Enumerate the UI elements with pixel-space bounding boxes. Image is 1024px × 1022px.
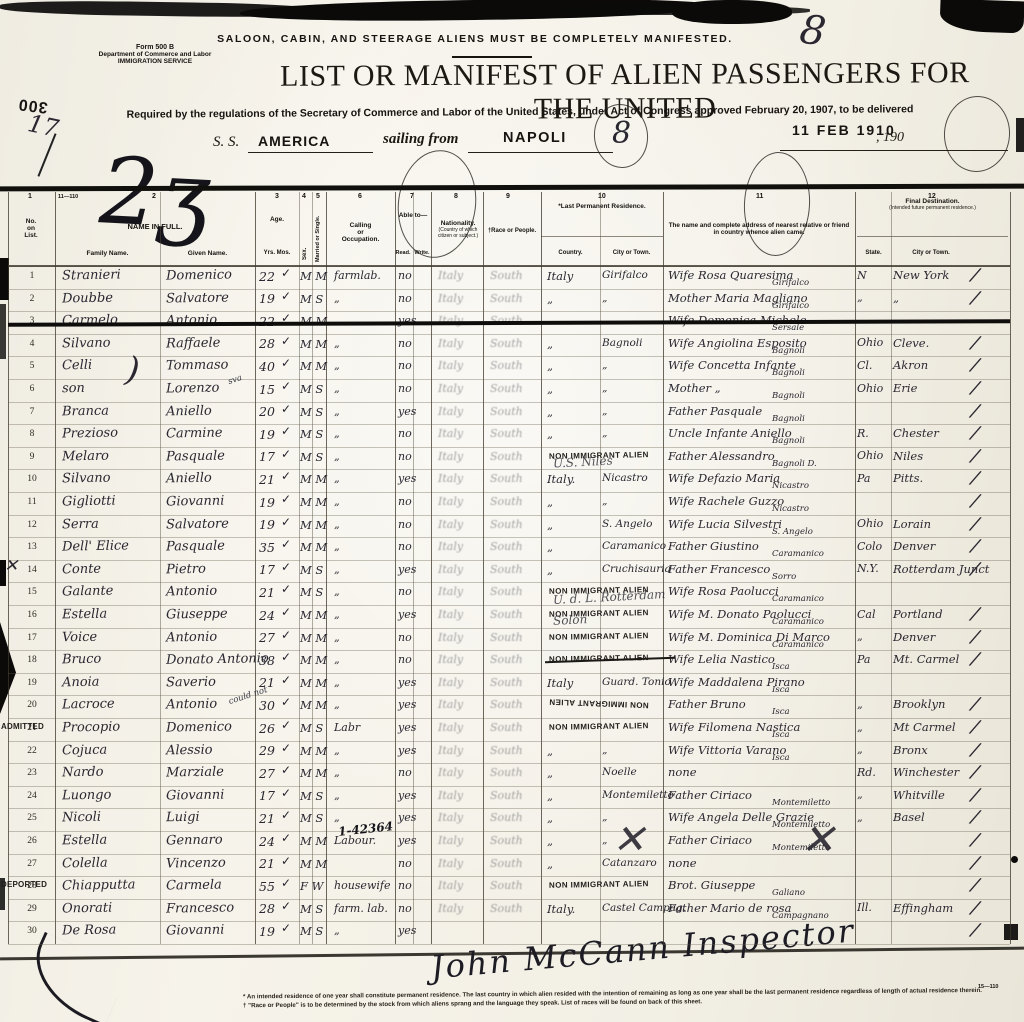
cell-residence-country: „ bbox=[547, 766, 553, 780]
cell-sex-marital: M M bbox=[300, 269, 327, 283]
cell-destination-state: „ bbox=[857, 811, 863, 824]
cell-destination-state: Ohio bbox=[857, 517, 883, 530]
cell-row-number: 19 bbox=[14, 678, 50, 688]
cell-able-to-read: no bbox=[398, 902, 412, 915]
cell-relative-town: Caramanico bbox=[772, 549, 824, 559]
cell-residence-country: Italy. bbox=[547, 472, 575, 486]
cell-occupation: „ bbox=[334, 382, 340, 395]
cell-age-check: ✓ bbox=[281, 379, 291, 393]
cell-sex-marital: M S bbox=[300, 563, 323, 577]
cell-race: South bbox=[490, 382, 523, 395]
cell-sex-marital: M S bbox=[300, 789, 323, 803]
cell-able-to-read: no bbox=[398, 292, 412, 305]
cell-row-number: 5 bbox=[14, 361, 50, 371]
destination-x-mark: ✕ bbox=[800, 815, 835, 864]
cell-race: South bbox=[490, 744, 523, 757]
cell-occupation: „ bbox=[334, 405, 340, 418]
grid-vline bbox=[1010, 192, 1011, 944]
cell-residence-country: Italy bbox=[547, 269, 573, 283]
cell-destination-city: New York bbox=[893, 268, 949, 282]
cell-destination-state: N bbox=[857, 269, 867, 282]
cell-family-name: Lacroce bbox=[62, 697, 115, 713]
cell-residence-country: Italy. bbox=[547, 902, 575, 916]
col-hdr-sex: Sex. bbox=[302, 224, 308, 260]
cell-family-name: Gigliotti bbox=[62, 494, 116, 510]
cell-family-name: Conte bbox=[62, 561, 101, 577]
cell-residence-city: „ bbox=[602, 427, 607, 439]
cell-race: South bbox=[490, 721, 523, 734]
cell-sex-marital: M S bbox=[300, 585, 323, 599]
cell-residence-country: „ bbox=[547, 563, 553, 577]
inspector-signature: John McCann Inspector bbox=[429, 912, 856, 987]
cell-relative: Father Francesco bbox=[668, 562, 770, 576]
edge-square-right bbox=[1004, 924, 1018, 940]
grid-hline bbox=[8, 379, 1010, 380]
cell-nationality: Italy bbox=[438, 382, 463, 395]
cell-residence-city: Guard. Tonio bbox=[602, 676, 671, 688]
cell-destination-city: Basel bbox=[893, 810, 925, 824]
col-number: 1 bbox=[28, 193, 32, 200]
cell-destination-state: Ohio bbox=[857, 449, 883, 462]
col-hdr-race: †Race or People. bbox=[484, 228, 540, 234]
cell-relative: Father Alessandro bbox=[668, 449, 775, 463]
cell-occupation: „ bbox=[334, 292, 340, 305]
cell-age-check: ✓ bbox=[281, 469, 291, 483]
cell-sex-marital: M S bbox=[300, 924, 323, 938]
cell-sex-marital: M S bbox=[300, 292, 323, 306]
cell-family-name: Estella bbox=[62, 607, 107, 623]
cell-able-to-read: yes bbox=[398, 721, 416, 734]
grid-hline bbox=[8, 650, 1010, 651]
grid-hline bbox=[8, 289, 1010, 290]
cell-occupation: „ bbox=[334, 698, 340, 711]
cell-given-name: Carmela bbox=[166, 878, 222, 894]
cell-relative: Wife Lucia Silvestri bbox=[668, 517, 782, 531]
grid-hline bbox=[8, 356, 1010, 357]
cell-family-name: Stranieri bbox=[62, 267, 121, 283]
cell-age: 38 bbox=[259, 653, 275, 668]
cell-row-number: 17 bbox=[14, 633, 50, 643]
sailing-from-label: sailing from bbox=[383, 131, 458, 148]
cell-destination-city: Portland bbox=[893, 607, 943, 621]
cell-sex-marital: M M bbox=[300, 857, 327, 871]
stamp-overwrite-note: Solon bbox=[553, 612, 588, 628]
cell-sex-marital: M M bbox=[300, 653, 327, 667]
cell-family-name: De Rosa bbox=[62, 923, 117, 939]
col-number: 8 bbox=[454, 193, 458, 200]
cell-age-annotation: sva bbox=[227, 373, 244, 387]
grid-hline bbox=[8, 311, 1010, 312]
cell-destination-state: Ohio bbox=[857, 382, 883, 395]
grid-hline bbox=[8, 944, 1010, 945]
cell-occupation: „ bbox=[334, 676, 340, 689]
cell-destination-state: „ bbox=[857, 721, 863, 734]
cell-residence-country: „ bbox=[547, 744, 553, 758]
cell-age-check: ✓ bbox=[281, 582, 291, 596]
cell-nationality: Italy bbox=[438, 269, 463, 282]
col-hdr-yrs-mos: Yrs. Mos. bbox=[253, 250, 301, 256]
cell-sex-marital: M S bbox=[300, 721, 323, 735]
margin-status-stamp: DEPORTED bbox=[1, 880, 47, 889]
cell-family-name: Dell' Elice bbox=[62, 539, 129, 555]
cell-occupation: „ bbox=[334, 608, 340, 621]
cell-age-check: ✓ bbox=[281, 289, 291, 303]
form-code-bottom: 15—110 bbox=[978, 984, 999, 990]
cell-row-number: 18 bbox=[14, 655, 50, 665]
cell-destination-city: Mt. Carmel bbox=[893, 652, 959, 666]
cell-residence-city: „ bbox=[602, 359, 607, 371]
cell-relative-town: Caramanico bbox=[772, 594, 824, 604]
edge-mark-2 bbox=[0, 304, 6, 359]
cell-age-check: ✓ bbox=[281, 515, 291, 529]
cell-age: 19 bbox=[259, 291, 275, 306]
cell-sex-marital: M M bbox=[300, 744, 327, 758]
cell-age-check: ✓ bbox=[281, 560, 291, 574]
grid-hline bbox=[8, 718, 1010, 719]
non-immigrant-alien-stamp: NON IMMIGRANT ALIEN bbox=[549, 721, 649, 732]
cell-sex-marital: M M bbox=[300, 337, 327, 351]
cell-sex-marital: M S bbox=[300, 450, 323, 464]
grid-hline bbox=[8, 582, 1010, 583]
cell-able-to-read: no bbox=[398, 269, 412, 282]
grid-hline bbox=[8, 447, 1010, 448]
cell-family-name: Doubbe bbox=[62, 290, 113, 306]
cell-destination-city: Niles bbox=[893, 449, 923, 463]
cell-able-to-read: no bbox=[398, 631, 412, 644]
cell-residence-city: Montemiletto bbox=[602, 789, 674, 801]
cell-destination-state: „ bbox=[857, 788, 863, 801]
cell-relative-town: Galiano bbox=[772, 888, 805, 898]
cell-age-check: ✓ bbox=[281, 921, 291, 935]
cell-row-number: 26 bbox=[14, 836, 50, 846]
form-service: IMMIGRATION SERVICE bbox=[70, 58, 240, 65]
grid-hline bbox=[8, 560, 1010, 561]
cell-relative: Father Ciriaco bbox=[668, 833, 752, 847]
port-underline bbox=[468, 152, 613, 153]
cell-residence-city: Cruchisauria bbox=[602, 563, 671, 575]
cell-sex-marital: M M bbox=[300, 359, 327, 373]
cell-age-check: ✓ bbox=[281, 537, 291, 551]
cell-destination-city: Denver bbox=[893, 539, 935, 553]
cell-destination-city: Winchester bbox=[893, 765, 959, 779]
col-hdr-nationality: Nationality. (Country of which citizen o… bbox=[432, 220, 484, 239]
cell-family-name: Serra bbox=[62, 516, 99, 532]
cell-age: 19 bbox=[259, 427, 275, 442]
cell-residence-city: „ bbox=[602, 382, 607, 394]
cell-sex-marital: M S bbox=[300, 382, 323, 396]
cell-residence-country: „ bbox=[547, 834, 553, 848]
cell-row-number: 12 bbox=[14, 520, 50, 530]
cell-given-name: Luigi bbox=[166, 810, 200, 826]
cell-age: 26 bbox=[259, 721, 275, 736]
cell-occupation-annotation: 1-42364 bbox=[337, 819, 393, 839]
cell-family-name: Silvano bbox=[62, 471, 111, 487]
cell-relative-town: Sersale bbox=[772, 323, 804, 333]
cell-destination-state: „ bbox=[857, 630, 863, 643]
cell-residence-country: „ bbox=[547, 540, 553, 554]
cell-residence-country: „ bbox=[547, 337, 553, 351]
non-immigrant-alien-stamp: NON IMMIGRANT ALIEN bbox=[549, 879, 649, 890]
grid-hline bbox=[8, 605, 1010, 606]
final-dest-divider bbox=[857, 236, 1008, 237]
cell-able-to-read: yes bbox=[398, 563, 416, 576]
cell-occupation: Labr bbox=[334, 721, 360, 734]
cell-relative-town: Isca bbox=[772, 662, 790, 672]
cell-nationality: Italy bbox=[438, 631, 463, 644]
cell-family-name: Bruco bbox=[62, 652, 102, 668]
cell-family-name: Carmelo bbox=[62, 313, 118, 329]
cell-residence-country: „ bbox=[547, 789, 553, 803]
cell-sex-marital: M S bbox=[300, 405, 323, 419]
col-hdr-family: Family Name. bbox=[55, 250, 160, 257]
cell-sex-marital: M M bbox=[300, 518, 327, 532]
cell-relative-town: S. Angelo bbox=[772, 527, 813, 537]
cell-sex-marital: M S bbox=[300, 902, 323, 916]
col-number: 2 bbox=[152, 193, 156, 200]
cell-residence-country: „ bbox=[547, 495, 553, 509]
cell-given-name: Carmine bbox=[166, 426, 223, 442]
cell-relative-town: Bagnoli bbox=[772, 368, 805, 378]
col-hdr-given: Given Name. bbox=[160, 250, 255, 257]
cell-race: South bbox=[490, 608, 523, 621]
cell-family-name: Branca bbox=[62, 403, 109, 419]
cell-given-name: Alessio bbox=[166, 742, 213, 758]
cell-race: South bbox=[490, 472, 523, 485]
cell-nationality: Italy bbox=[438, 427, 463, 440]
cell-row-number: 8 bbox=[14, 429, 50, 439]
cell-row-number: 27 bbox=[14, 859, 50, 869]
cell-relative: Brot. Giuseppe bbox=[668, 878, 755, 892]
cell-family-name: Colella bbox=[62, 855, 108, 871]
cell-residence-city: „ bbox=[602, 744, 607, 756]
cell-destination-state: Ohio bbox=[857, 336, 883, 349]
cell-row-number: 13 bbox=[14, 542, 50, 552]
cell-row-number: 20 bbox=[14, 700, 50, 710]
cell-occupation: „ bbox=[334, 585, 340, 598]
cell-given-name: Marziale bbox=[166, 765, 224, 781]
cell-sex-marital: M S bbox=[300, 811, 323, 825]
cell-nationality: Italy bbox=[438, 766, 463, 779]
cell-able-to-read: yes bbox=[398, 472, 416, 485]
cell-residence-city: Catanzaro bbox=[602, 857, 657, 869]
port-name: NAPOLI bbox=[503, 130, 567, 146]
cell-given-name: Aniello bbox=[166, 403, 212, 419]
cell-age: 21 bbox=[259, 585, 275, 600]
cell-given-name: Antonio bbox=[166, 697, 217, 713]
cell-occupation: „ bbox=[334, 450, 340, 463]
cell-nationality: Italy bbox=[438, 879, 463, 892]
cell-age-check: ✓ bbox=[281, 628, 291, 642]
cell-destination-city: Brooklyn bbox=[893, 697, 945, 711]
cell-relative: Mother „ bbox=[668, 381, 721, 395]
cell-able-to-read: no bbox=[398, 337, 412, 350]
cell-occupation: „ bbox=[334, 472, 340, 485]
cell-residence-country: „ bbox=[547, 405, 553, 419]
cell-race: South bbox=[490, 789, 523, 802]
cell-relative: Father Ciriaco bbox=[668, 788, 752, 802]
cell-sex-marital: M M bbox=[300, 676, 327, 690]
cell-destination-city: Mt Carmel bbox=[893, 720, 956, 734]
cell-age: 21 bbox=[259, 856, 275, 871]
cell-relative: Father Pasquale bbox=[668, 404, 762, 418]
cell-given-name: Domenico bbox=[166, 719, 232, 735]
cell-nationality: Italy bbox=[438, 585, 463, 598]
cell-age-check: ✓ bbox=[281, 899, 291, 913]
cell-age-check: ✓ bbox=[281, 695, 291, 709]
cell-age: 20 bbox=[259, 404, 275, 419]
cell-nationality: Italy bbox=[438, 834, 463, 847]
cell-nationality: Italy bbox=[438, 902, 463, 915]
cell-relative: Wife Rachele Guzzo bbox=[668, 494, 784, 508]
cell-nationality: Italy bbox=[438, 608, 463, 621]
grid-hline bbox=[8, 808, 1010, 809]
cell-able-to-read: yes bbox=[398, 811, 416, 824]
cell-nationality: Italy bbox=[438, 337, 463, 350]
cell-family-name: Anoia bbox=[62, 674, 100, 690]
cell-nationality: Italy bbox=[438, 721, 463, 734]
year-underline bbox=[780, 150, 1008, 151]
cell-able-to-read: yes bbox=[398, 698, 416, 711]
cell-able-to-read: yes bbox=[398, 789, 416, 802]
cell-race: South bbox=[490, 269, 523, 282]
cell-age: 28 bbox=[259, 336, 275, 351]
ship-name: AMERICA bbox=[258, 133, 330, 149]
cell-relative-town: Sorro bbox=[772, 572, 796, 582]
cell-given-name: Saverio bbox=[166, 674, 216, 690]
cell-given-name: Antonio bbox=[166, 629, 217, 645]
cell-destination-state: Colo bbox=[857, 540, 882, 553]
cell-age-check: ✓ bbox=[281, 447, 291, 461]
cell-row-number: 22 bbox=[14, 746, 50, 756]
cell-age-check: ✓ bbox=[281, 650, 291, 664]
cell-family-name: Nardo bbox=[62, 765, 104, 781]
cell-able-to-read: no bbox=[398, 857, 412, 870]
cell-race: South bbox=[490, 834, 523, 847]
cell-age-check: ✓ bbox=[281, 266, 291, 280]
cell-destination-city: Whitville bbox=[893, 788, 945, 802]
grid-hline bbox=[8, 334, 1010, 335]
cell-residence-country: „ bbox=[547, 292, 553, 306]
cell-given-name: Giovanni bbox=[166, 787, 225, 803]
cell-occupation: „ bbox=[334, 563, 340, 576]
cell-occupation: „ bbox=[334, 653, 340, 666]
stamp-overwrite-note: U.S. Niles bbox=[553, 453, 613, 470]
cell-able-to-read: no bbox=[398, 879, 412, 892]
cell-age: 19 bbox=[259, 924, 275, 939]
cell-race: South bbox=[490, 337, 523, 350]
cell-race: South bbox=[490, 359, 523, 372]
cell-relative-town: Nicastro bbox=[772, 481, 809, 491]
cell-occupation: „ bbox=[334, 518, 340, 531]
cell-age: 19 bbox=[259, 517, 275, 532]
cell-race: South bbox=[490, 879, 523, 892]
cell-relative-town: Isca bbox=[772, 730, 790, 740]
col-hdr-married: Married or Single. bbox=[315, 212, 321, 262]
cell-relative: Father Giustino bbox=[668, 539, 759, 553]
cell-given-name: Vincenzo bbox=[166, 855, 226, 871]
cell-relative-town: Nicastro bbox=[772, 504, 809, 514]
cell-destination-state: Rd. bbox=[857, 766, 876, 779]
cell-row-number: 4 bbox=[14, 339, 50, 349]
cell-nationality: Italy bbox=[438, 540, 463, 553]
cell-family-name: Nicoli bbox=[62, 810, 101, 826]
cell-family-name: Silvano bbox=[62, 335, 111, 351]
grid-hline bbox=[8, 469, 1010, 470]
cell-age: 22 bbox=[259, 269, 275, 284]
cell-nationality: Italy bbox=[438, 518, 463, 531]
cell-race: South bbox=[490, 766, 523, 779]
cell-given-name: Aniello bbox=[166, 471, 212, 487]
col-number: 6 bbox=[358, 193, 362, 200]
cell-row-number: 2 bbox=[14, 294, 50, 304]
cell-race: South bbox=[490, 405, 523, 418]
grid-hline bbox=[8, 424, 1010, 425]
cell-given-name: Salvatore bbox=[166, 290, 229, 306]
cell-nationality: Italy bbox=[438, 359, 463, 372]
cell-age: 40 bbox=[259, 359, 275, 374]
cell-race: South bbox=[490, 857, 523, 870]
cell-race: South bbox=[490, 563, 523, 576]
cell-able-to-read: no bbox=[398, 495, 412, 508]
cell-residence-city: Noelle bbox=[602, 766, 637, 778]
cell-given-name: Gennaro bbox=[166, 833, 223, 849]
ss-label: S. S. bbox=[213, 134, 239, 151]
cell-relative: Wife Rosa Paolucci bbox=[668, 584, 779, 598]
grid-hline bbox=[8, 876, 1010, 877]
cell-row-number: 16 bbox=[14, 610, 50, 620]
cell-able-to-read: no bbox=[398, 540, 412, 553]
cell-family-name: Galante bbox=[62, 584, 114, 600]
non-immigrant-alien-stamp: NON IMMIGRANT ALIEN bbox=[549, 698, 649, 710]
col-hdr-dest-city: City or Town. bbox=[891, 250, 971, 256]
cell-relative-town: Isca bbox=[772, 685, 790, 695]
grid-hline bbox=[8, 854, 1010, 855]
cell-family-name: Melaro bbox=[62, 448, 109, 464]
grid-hline bbox=[8, 673, 1010, 674]
cell-occupation: farm. lab. bbox=[334, 902, 388, 915]
cell-age-check: ✓ bbox=[281, 356, 291, 370]
cell-age: 55 bbox=[259, 879, 275, 894]
cell-sex-marital: F W bbox=[300, 879, 323, 893]
form-number: Form 500 B bbox=[70, 44, 240, 51]
cell-destination-city: Effingham bbox=[893, 901, 953, 915]
cell-destination-state: „ bbox=[857, 291, 863, 304]
grid-hline bbox=[8, 899, 1010, 900]
grid-hline bbox=[8, 921, 1010, 922]
cell-age-check: ✓ bbox=[281, 763, 291, 777]
cell-able-to-read: no bbox=[398, 766, 412, 779]
cell-residence-country: „ bbox=[547, 857, 553, 871]
scribble-ellipse-age-col bbox=[392, 146, 483, 263]
scribble-ellipse-res-col bbox=[741, 150, 812, 257]
cell-age-check: ✓ bbox=[281, 786, 291, 800]
cell-destination-city: Akron bbox=[893, 358, 928, 372]
cell-destination-state: Pa bbox=[857, 653, 870, 666]
cell-given-name: Francesco bbox=[166, 900, 234, 916]
cell-destination-city: Lorain bbox=[893, 517, 931, 531]
cell-relative-town: Caramanico bbox=[772, 617, 824, 627]
cell-row-number: 15 bbox=[14, 587, 50, 597]
grid-hline bbox=[8, 741, 1010, 742]
cell-given-name: Antonio bbox=[166, 313, 217, 329]
grid-hline bbox=[8, 831, 1010, 832]
cell-destination-state: „ bbox=[857, 698, 863, 711]
cell-relative: Wife Lelia Nastico bbox=[668, 652, 775, 666]
cell-given-name: Giovanni bbox=[166, 923, 225, 939]
col-hdr-write: Write. bbox=[412, 250, 432, 256]
cell-occupation: „ bbox=[334, 811, 340, 824]
cell-age-check: ✓ bbox=[281, 718, 291, 732]
